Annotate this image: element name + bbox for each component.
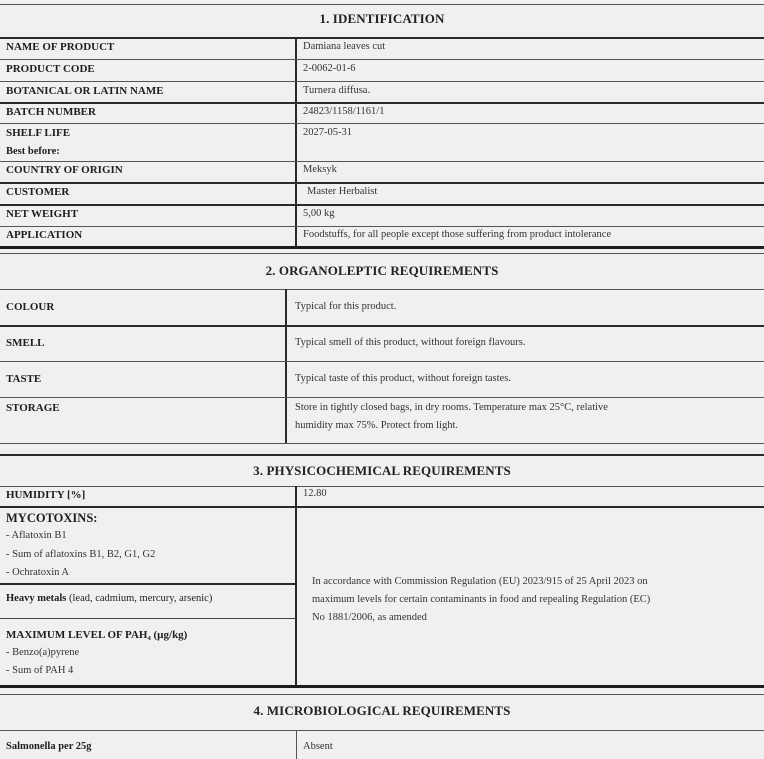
label-humidity: HUMIDITY [%] [6, 489, 85, 501]
divider [0, 618, 296, 619]
value-product-code: 2-0062-01-6 [303, 63, 356, 74]
pah-item: - Sum of PAH 4 [6, 665, 73, 676]
value-salmonella: Absent [303, 741, 333, 752]
value-smell: Typical smell of this product, without f… [295, 337, 526, 348]
value-botanical-name: Turnera diffusa. [303, 85, 370, 96]
mycotoxin-item: - Aflatoxin B1 [6, 530, 67, 541]
label-smell: SMELL [6, 337, 45, 349]
label-customer: CUSTOMER [6, 186, 69, 198]
column-divider [285, 289, 287, 444]
value-humidity: 12.80 [303, 488, 327, 499]
value-storage-line1: Store in tightly closed bags, in dry roo… [295, 402, 608, 413]
value-colour: Typical for this product. [295, 301, 396, 312]
label-pah: MAXIMUM LEVEL OF PAH₄ (µg/kg) [6, 629, 187, 641]
divider [0, 37, 764, 39]
section-title-microbiological: 4. MICROBIOLOGICAL REQUIREMENTS [0, 703, 764, 719]
regulation-line2: maximum levels for certain contaminants … [312, 594, 650, 605]
divider [0, 506, 764, 508]
pah-item: - Benzo(a)pyrene [6, 647, 79, 658]
divider [0, 443, 764, 444]
divider [0, 325, 764, 327]
divider [0, 161, 764, 162]
divider [0, 486, 764, 487]
value-application: Foodstuffs, for all people except those … [303, 229, 611, 240]
divider [0, 59, 764, 60]
label-storage: STORAGE [6, 402, 60, 414]
divider [0, 583, 296, 585]
divider [0, 204, 764, 206]
mycotoxin-item: - Ochratoxin A [6, 567, 69, 578]
label-botanical-name: BOTANICAL OR LATIN NAME [6, 85, 164, 97]
label-salmonella: Salmonella per 25g [6, 741, 92, 752]
divider [0, 730, 764, 731]
label-product-code: PRODUCT CODE [6, 63, 95, 75]
mycotoxin-item: - Sum of aflatoxins B1, B2, G1, G2 [6, 549, 155, 560]
section-title-physicochemical: 3. PHYSICOCHEMICAL REQUIREMENTS [0, 463, 764, 479]
label-application: APPLICATION [6, 229, 82, 241]
heavy-metals-bold: Heavy metals [6, 593, 66, 604]
divider [0, 123, 764, 124]
label-best-before: Best before: [6, 146, 60, 157]
divider [0, 685, 764, 688]
divider [0, 361, 764, 362]
value-customer: Master Herbalist [307, 186, 377, 197]
value-storage-line2: humidity max 75%. Protect from light. [295, 420, 458, 431]
divider [0, 397, 764, 398]
column-divider [295, 37, 297, 247]
value-name-of-product: Damiana leaves cut [303, 41, 385, 52]
regulation-line3: No 1881/2006, as amended [312, 612, 427, 623]
column-divider [296, 730, 297, 759]
regulation-line1: In accordance with Commission Regulation… [312, 576, 648, 587]
divider [0, 454, 764, 456]
divider [0, 182, 764, 184]
value-batch-number: 24823/1158/1161/1 [303, 106, 384, 117]
value-net-weight: 5,00 kg [303, 208, 335, 219]
label-country-of-origin: COUNTRY OF ORIGIN [6, 164, 123, 176]
divider [0, 246, 764, 249]
value-shelf-life: 2027-05-31 [303, 127, 352, 138]
label-batch-number: BATCH NUMBER [6, 106, 96, 118]
section-title-identification: 1. IDENTIFICATION [0, 11, 764, 27]
divider [0, 81, 764, 82]
column-divider [295, 486, 297, 686]
divider [0, 289, 764, 290]
divider [0, 102, 764, 104]
label-shelf-life: SHELF LIFE [6, 127, 70, 139]
label-mycotoxins: MYCOTOXINS: [6, 511, 97, 526]
divider [0, 226, 764, 227]
heavy-metals-detail: (lead, cadmium, mercury, arsenic) [66, 593, 212, 604]
value-country-of-origin: Meksyk [303, 164, 337, 175]
label-heavy-metals: Heavy metals (lead, cadmium, mercury, ar… [6, 593, 212, 604]
divider [0, 694, 764, 695]
value-taste: Typical taste of this product, without f… [295, 373, 511, 384]
label-colour: COLOUR [6, 301, 54, 313]
label-name-of-product: NAME OF PRODUCT [6, 41, 114, 53]
section-title-organoleptic: 2. ORGANOLEPTIC REQUIREMENTS [0, 263, 764, 279]
divider [0, 253, 764, 254]
divider [0, 4, 764, 5]
label-taste: TASTE [6, 373, 41, 385]
label-net-weight: NET WEIGHT [6, 208, 78, 220]
